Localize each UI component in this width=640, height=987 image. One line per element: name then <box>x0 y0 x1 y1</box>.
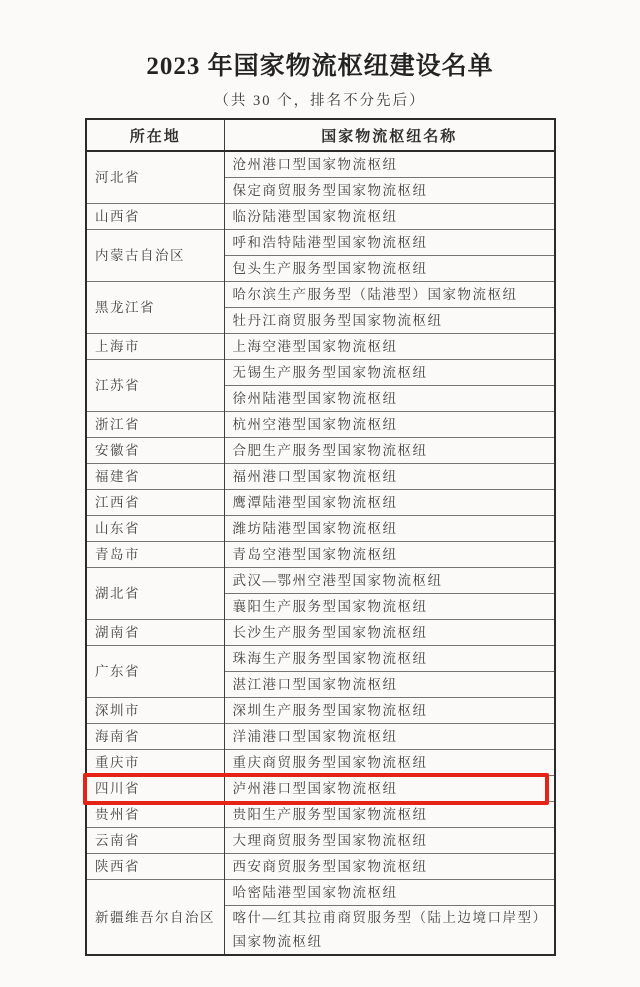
table-row: 江西省鹰潭陆港型国家物流枢纽 <box>86 490 555 516</box>
table-row: 安徽省合肥生产服务型国家物流枢纽 <box>86 438 555 464</box>
hub-cell: 哈密陆港型国家物流枢纽 <box>224 880 555 906</box>
table-row: 山西省临汾陆港型国家物流枢纽 <box>86 204 555 230</box>
hub-cell: 泸州港口型国家物流枢纽 <box>224 776 555 802</box>
table-row: 陕西省西安商贸服务型国家物流枢纽 <box>86 854 555 880</box>
province-cell: 山西省 <box>86 204 224 230</box>
table-row: 湖南省长沙生产服务型国家物流枢纽 <box>86 620 555 646</box>
hub-cell: 鹰潭陆港型国家物流枢纽 <box>224 490 555 516</box>
hub-cell: 保定商贸服务型国家物流枢纽 <box>224 178 555 204</box>
table-row: 山东省潍坊陆港型国家物流枢纽 <box>86 516 555 542</box>
hub-cell: 贵阳生产服务型国家物流枢纽 <box>224 802 555 828</box>
document-page: 2023 年国家物流枢纽建设名单 （共 30 个，排名不分先后） 所在地 国家物… <box>0 0 640 987</box>
province-cell: 内蒙古自治区 <box>86 230 224 282</box>
hub-cell: 牡丹江商贸服务型国家物流枢纽 <box>224 308 555 334</box>
header-row: 所在地 国家物流枢纽名称 <box>86 119 555 151</box>
table-row: 海南省洋浦港口型国家物流枢纽 <box>86 724 555 750</box>
hub-table: 所在地 国家物流枢纽名称 河北省沧州港口型国家物流枢纽保定商贸服务型国家物流枢纽… <box>85 118 556 956</box>
table-row: 内蒙古自治区呼和浩特陆港型国家物流枢纽 <box>86 230 555 256</box>
province-cell: 重庆市 <box>86 750 224 776</box>
province-cell: 陕西省 <box>86 854 224 880</box>
hub-cell: 重庆商贸服务型国家物流枢纽 <box>224 750 555 776</box>
table-row: 深圳市深圳生产服务型国家物流枢纽 <box>86 698 555 724</box>
province-cell: 广东省 <box>86 646 224 698</box>
hub-cell: 青岛空港型国家物流枢纽 <box>224 542 555 568</box>
table-row: 湖北省武汉—鄂州空港型国家物流枢纽 <box>86 568 555 594</box>
province-cell: 湖南省 <box>86 620 224 646</box>
hub-cell: 长沙生产服务型国家物流枢纽 <box>224 620 555 646</box>
province-cell: 江苏省 <box>86 360 224 412</box>
hub-cell: 合肥生产服务型国家物流枢纽 <box>224 438 555 464</box>
province-cell: 深圳市 <box>86 698 224 724</box>
province-cell: 海南省 <box>86 724 224 750</box>
table-row: 广东省珠海生产服务型国家物流枢纽 <box>86 646 555 672</box>
hub-cell: 福州港口型国家物流枢纽 <box>224 464 555 490</box>
province-cell: 新疆维吾尔自治区 <box>86 880 224 956</box>
table-row: 浙江省杭州空港型国家物流枢纽 <box>86 412 555 438</box>
province-cell: 贵州省 <box>86 802 224 828</box>
province-cell: 黑龙江省 <box>86 282 224 334</box>
hub-cell: 无锡生产服务型国家物流枢纽 <box>224 360 555 386</box>
page-subtitle: （共 30 个，排名不分先后） <box>0 92 640 110</box>
province-cell: 江西省 <box>86 490 224 516</box>
hub-cell: 上海空港型国家物流枢纽 <box>224 334 555 360</box>
hub-cell: 西安商贸服务型国家物流枢纽 <box>224 854 555 880</box>
hub-cell: 珠海生产服务型国家物流枢纽 <box>224 646 555 672</box>
header-location: 所在地 <box>86 119 224 151</box>
hub-cell: 喀什—红其拉甫商贸服务型（陆上边境口岸型）国家物流枢纽 <box>224 906 555 956</box>
header-hub-name: 国家物流枢纽名称 <box>224 119 555 151</box>
hub-cell: 湛江港口型国家物流枢纽 <box>224 672 555 698</box>
hub-cell: 襄阳生产服务型国家物流枢纽 <box>224 594 555 620</box>
hub-cell: 临汾陆港型国家物流枢纽 <box>224 204 555 230</box>
table-row: 上海市上海空港型国家物流枢纽 <box>86 334 555 360</box>
hub-cell: 深圳生产服务型国家物流枢纽 <box>224 698 555 724</box>
hub-cell: 哈尔滨生产服务型（陆港型）国家物流枢纽 <box>224 282 555 308</box>
province-cell: 云南省 <box>86 828 224 854</box>
table-row: 黑龙江省哈尔滨生产服务型（陆港型）国家物流枢纽 <box>86 282 555 308</box>
province-cell: 上海市 <box>86 334 224 360</box>
province-cell: 山东省 <box>86 516 224 542</box>
hub-cell: 潍坊陆港型国家物流枢纽 <box>224 516 555 542</box>
table-row: 重庆市重庆商贸服务型国家物流枢纽 <box>86 750 555 776</box>
table-row: 青岛市青岛空港型国家物流枢纽 <box>86 542 555 568</box>
province-cell: 福建省 <box>86 464 224 490</box>
table-row: 贵州省贵阳生产服务型国家物流枢纽 <box>86 802 555 828</box>
table-row: 河北省沧州港口型国家物流枢纽 <box>86 151 555 178</box>
province-cell: 湖北省 <box>86 568 224 620</box>
hub-cell: 武汉—鄂州空港型国家物流枢纽 <box>224 568 555 594</box>
table-row: 新疆维吾尔自治区哈密陆港型国家物流枢纽 <box>86 880 555 906</box>
province-cell: 浙江省 <box>86 412 224 438</box>
province-cell: 青岛市 <box>86 542 224 568</box>
table-row: 四川省泸州港口型国家物流枢纽 <box>86 776 555 802</box>
table-row: 云南省大理商贸服务型国家物流枢纽 <box>86 828 555 854</box>
hub-cell: 呼和浩特陆港型国家物流枢纽 <box>224 230 555 256</box>
hub-cell: 徐州陆港型国家物流枢纽 <box>224 386 555 412</box>
hub-cell: 洋浦港口型国家物流枢纽 <box>224 724 555 750</box>
province-cell: 河北省 <box>86 151 224 204</box>
hub-cell: 沧州港口型国家物流枢纽 <box>224 151 555 178</box>
page-title: 2023 年国家物流枢纽建设名单 <box>0 0 640 82</box>
hub-cell: 大理商贸服务型国家物流枢纽 <box>224 828 555 854</box>
province-cell: 四川省 <box>86 776 224 802</box>
province-cell: 安徽省 <box>86 438 224 464</box>
table-row: 福建省福州港口型国家物流枢纽 <box>86 464 555 490</box>
hub-cell: 包头生产服务型国家物流枢纽 <box>224 256 555 282</box>
hub-cell: 杭州空港型国家物流枢纽 <box>224 412 555 438</box>
table-row: 江苏省无锡生产服务型国家物流枢纽 <box>86 360 555 386</box>
